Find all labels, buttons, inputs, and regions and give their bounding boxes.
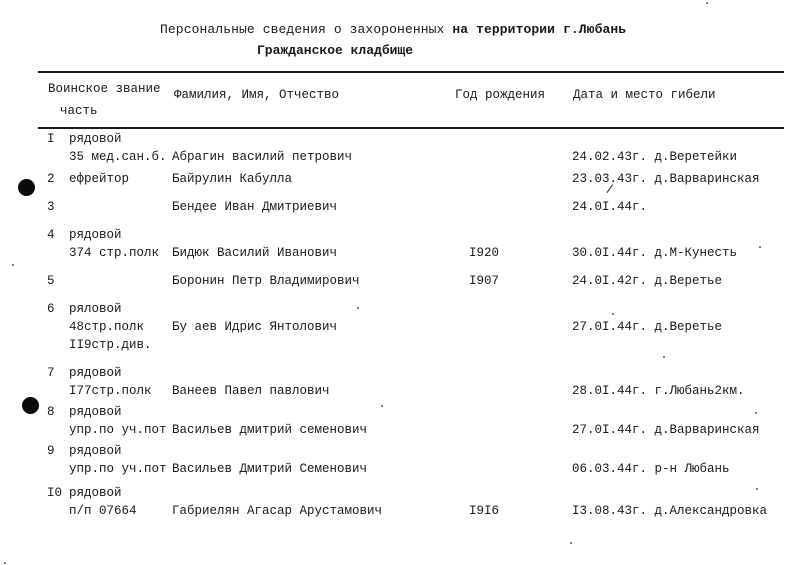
record-full-name: Бидюк Василий Иванович xyxy=(172,245,337,262)
record-unit: п/п 07664 xyxy=(69,503,137,520)
column-header-unit: часть xyxy=(60,104,98,118)
column-header-birth-year: Год рождения xyxy=(455,88,545,102)
record-unit-line2: II9стр.див. xyxy=(69,337,152,354)
record-unit: I77стр.полк xyxy=(69,383,152,400)
record-full-name: Габриелян Агасар Арустамович xyxy=(172,503,382,520)
record-number: 7 xyxy=(47,365,55,382)
record-death-date-place: 24.0I.42г. д.Веретье xyxy=(572,273,722,290)
record-full-name: Абрагин василий петрович xyxy=(172,149,352,166)
record-full-name: Ванеев Павел павлович xyxy=(172,383,330,400)
record-rank: рядовой xyxy=(69,485,122,502)
hole-punch-mark xyxy=(18,179,35,196)
record-full-name: Бендее Иван Дмитриевич xyxy=(172,199,337,216)
record-death-date-place: 30.0I.44г. д.М-Кунесть xyxy=(572,245,737,262)
column-header-death: Дата и место гибели xyxy=(573,88,716,102)
record-unit: 374 стр.полк xyxy=(69,245,159,262)
record-death-date-place: 27.0I.44г. д.Варваринская xyxy=(572,422,760,439)
record-number: 9 xyxy=(47,443,55,460)
document-subtitle: Гражданское кладбище xyxy=(257,43,413,58)
record-death-date-place: 24.02.43г. д.Веретейки xyxy=(572,149,737,166)
record-death-date-place: 24.0I.44г. xyxy=(572,199,647,216)
column-header-name: Фамилия, Имя, Отчество xyxy=(174,88,339,102)
scan-speck xyxy=(570,542,572,544)
scan-speck xyxy=(663,356,665,358)
record-rank: рядовой xyxy=(69,443,122,460)
record-full-name: Байрулин Кабулла xyxy=(172,171,292,188)
record-rank: ефрейтор xyxy=(69,171,129,188)
scan-speck xyxy=(612,313,614,315)
record-death-date-place: 23.03.43г. д.Варваринская xyxy=(572,171,760,188)
record-unit: 48стр.полк xyxy=(69,319,144,336)
record-number: 6 xyxy=(47,301,55,318)
record-birth-year: I907 xyxy=(469,273,499,290)
scan-speck xyxy=(357,307,359,309)
document-title-part2: на территории г.Любань xyxy=(444,22,626,37)
document-title-part1: Персональные сведения о захороненных xyxy=(160,22,444,37)
scan-speck xyxy=(381,405,383,407)
record-rank: рядовой xyxy=(69,365,122,382)
header-bottom-rule xyxy=(38,127,784,129)
scan-speck xyxy=(706,2,708,4)
scan-speck xyxy=(759,246,761,248)
record-birth-year: I9I6 xyxy=(469,503,499,520)
record-full-name: Васильев дмитрий семенович xyxy=(172,422,367,439)
hole-punch-mark xyxy=(22,397,39,414)
record-number: 4 xyxy=(47,227,55,244)
scan-speck xyxy=(755,412,757,414)
record-rank: рядовой xyxy=(69,404,122,421)
record-number: 3 xyxy=(47,199,55,216)
record-number: I xyxy=(47,131,55,148)
record-unit: упр.по уч.пот xyxy=(69,461,167,478)
record-full-name: Васильев Дмитрий Семенович xyxy=(172,461,367,478)
record-death-date-place: 28.0I.44г. г.Любань2км. xyxy=(572,383,745,400)
record-death-date-place: 06.03.44г. р-н Любань xyxy=(572,461,730,478)
record-full-name: Бу аев Идрис Янтолович xyxy=(172,319,337,336)
scan-speck xyxy=(756,488,758,490)
record-rank: ряловой xyxy=(69,301,122,318)
record-rank: рядовой xyxy=(69,131,122,148)
record-unit: упр.по уч.пот xyxy=(69,422,167,439)
record-death-date-place: I3.08.43г. д.Александровка xyxy=(572,503,767,520)
header-top-rule xyxy=(38,71,784,73)
scan-speck xyxy=(12,264,14,266)
scan-speck xyxy=(4,562,6,564)
record-number: 8 xyxy=(47,404,55,421)
record-death-date-place: 27.0I.44г. д.Веретье xyxy=(572,319,722,336)
record-full-name: Боронин Петр Владимирович xyxy=(172,273,360,290)
record-birth-year: I920 xyxy=(469,245,499,262)
document-title: Персональные сведения о захороненных на … xyxy=(160,22,626,37)
record-number: 2 xyxy=(47,171,55,188)
record-number: 5 xyxy=(47,273,55,290)
column-header-rank: Воинское звание xyxy=(48,82,161,96)
record-number: I0 xyxy=(47,485,62,502)
record-rank: рядовой xyxy=(69,227,122,244)
record-unit: 35 мед.сан.б. xyxy=(69,149,167,166)
